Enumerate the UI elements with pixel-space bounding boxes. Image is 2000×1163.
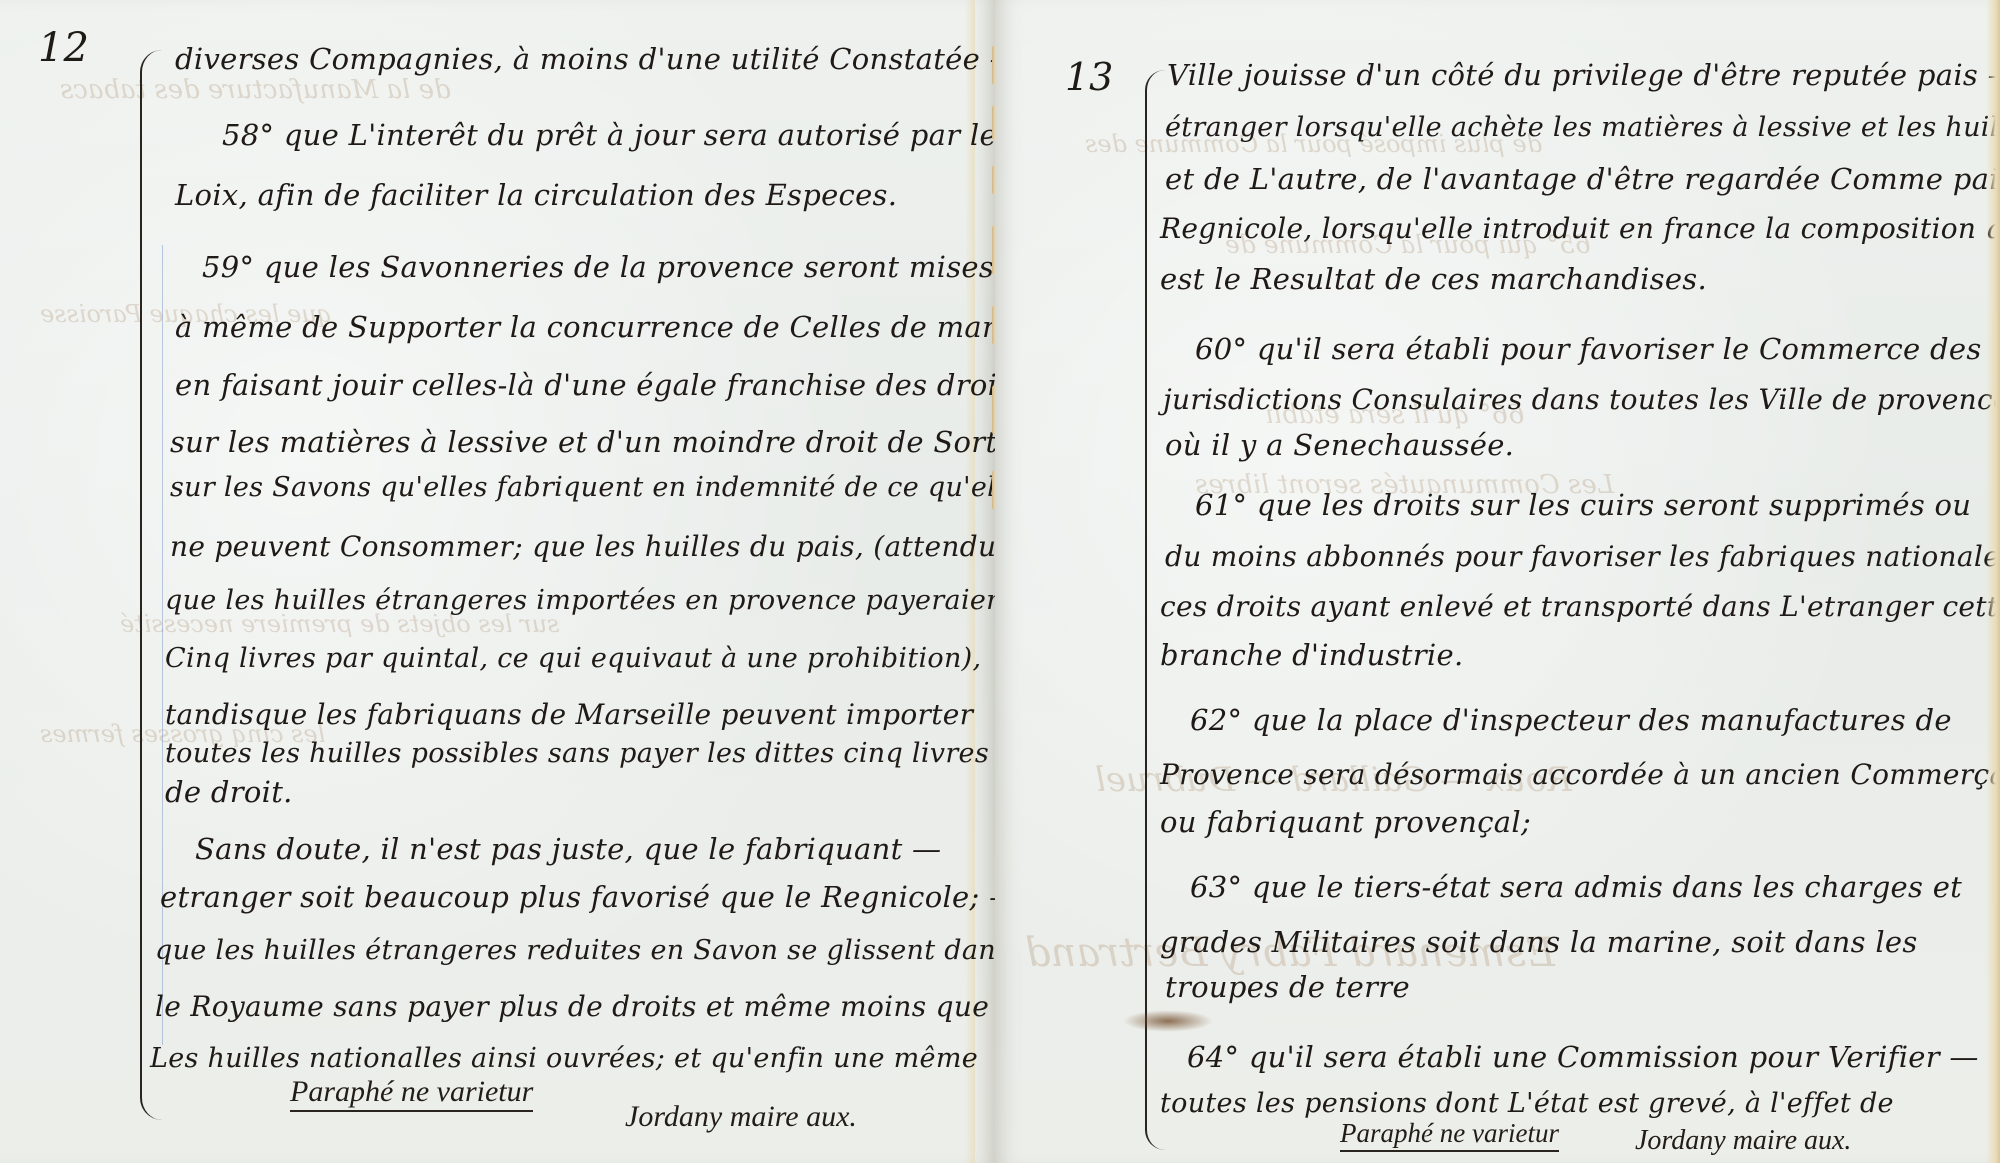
paraph-text: Paraphé ne varietur xyxy=(290,1075,533,1112)
text-line: ces droits ayant enlevé et transporté da… xyxy=(1160,590,2000,623)
text-line: 63° que le tiers-état sera admis dans le… xyxy=(1190,870,1962,904)
margin-rule xyxy=(162,245,163,1045)
text-line: du moins abbonnés pour favoriser les fab… xyxy=(1165,540,2000,573)
text-line: grades Militaires soit dans la marine, s… xyxy=(1160,925,1918,959)
manuscript-spread: de la Manufacture des tabacs que les cha… xyxy=(0,0,2000,1163)
page-number: 12 xyxy=(38,25,89,71)
text-line: diverses Compagnies, à moins d'une utili… xyxy=(175,42,995,76)
text-line: Provence sera désormais accordée à un an… xyxy=(1160,758,2000,791)
text-line: que les huilles étrangeres importées en … xyxy=(165,585,995,616)
text-line: à même de Supporter la concurrence de Ce… xyxy=(175,310,995,344)
text-line: Cinq livres par quintal, ce qui equivaut… xyxy=(165,643,981,674)
text-line: Sans doute, il n'est pas juste, que le f… xyxy=(195,832,941,866)
text-line: ne peuvent Consommer; que les huilles du… xyxy=(170,530,995,563)
text-line: en faisant jouir celles-là d'une égale f… xyxy=(175,368,995,402)
text-line: 58° que L'interêt du prêt à jour sera au… xyxy=(222,118,995,152)
page-number: 13 xyxy=(1065,55,1113,99)
paraph-text: Paraphé ne varietur xyxy=(1340,1118,1559,1152)
text-line: sur les matières à lessive et d'un moind… xyxy=(170,425,995,459)
text-line: 64° qu'il sera établi une Commission pou… xyxy=(1187,1040,1979,1074)
text-line: est le Resultat de ces marchandises. xyxy=(1160,262,1707,296)
text-line: ou fabriquant provençal; xyxy=(1160,805,1531,839)
text-line: jurisdictions Consulaires dans toutes le… xyxy=(1163,383,2000,416)
text-line: 61° que les droits sur les cuirs seront … xyxy=(1195,488,1971,522)
text-line: etranger soit beaucoup plus favorisé que… xyxy=(160,880,995,914)
initials-note: Paraphé ne varietur xyxy=(290,1075,533,1109)
text-line: toutes les pensions dont L'état est grev… xyxy=(1160,1088,1894,1119)
text-line: sur les Savons qu'elles fabriquent en in… xyxy=(170,472,995,503)
text-line: de droit. xyxy=(165,775,293,809)
text-line: et de L'autre, de l'avantage d'être rega… xyxy=(1165,162,2000,196)
right-page: de plus imposé pour la Commune des 65° q… xyxy=(995,0,2000,1163)
text-line: 62° que la place d'inspecteur des manufa… xyxy=(1190,703,1952,737)
signature: Jordany maire aux. xyxy=(625,1100,857,1134)
text-line: où il y a Senechaussée. xyxy=(1165,428,1514,462)
bleed-through-text: de la Manufacture des tabacs xyxy=(60,75,451,105)
text-line: 60° qu'il sera établi pour favoriser le … xyxy=(1195,332,1982,366)
text-line: étranger lorsqu'elle achète les matières… xyxy=(1165,112,2000,143)
initials-note: Paraphé ne varietur xyxy=(1340,1118,1559,1149)
text-line: le Royaume sans payer plus de droits et … xyxy=(155,990,989,1023)
text-line: Loix, afin de faciliter la circulation d… xyxy=(175,178,897,212)
text-line: branche d'industrie. xyxy=(1160,638,1463,672)
text-line: toutes les huilles possibles sans payer … xyxy=(165,738,989,769)
left-page: de la Manufacture des tabacs que les cha… xyxy=(0,0,995,1163)
text-line: Regnicole, lorsqu'elle introduit en fran… xyxy=(1160,212,2000,245)
text-line: tandisque les fabriquans de Marseille pe… xyxy=(165,698,973,731)
text-line: Les huilles nationalles ainsi ouvrées; e… xyxy=(150,1043,978,1074)
text-line: Ville jouisse d'un côté du privilege d'ê… xyxy=(1167,58,2000,92)
ink-stain xyxy=(1123,1010,1213,1032)
text-line: 59° que les Savonneries de la provence s… xyxy=(202,250,995,284)
signature: Jordany maire aux. xyxy=(1635,1125,1851,1157)
text-line: troupes de terre xyxy=(1165,970,1410,1004)
text-line: que les huilles étrangeres reduites en S… xyxy=(155,935,995,966)
